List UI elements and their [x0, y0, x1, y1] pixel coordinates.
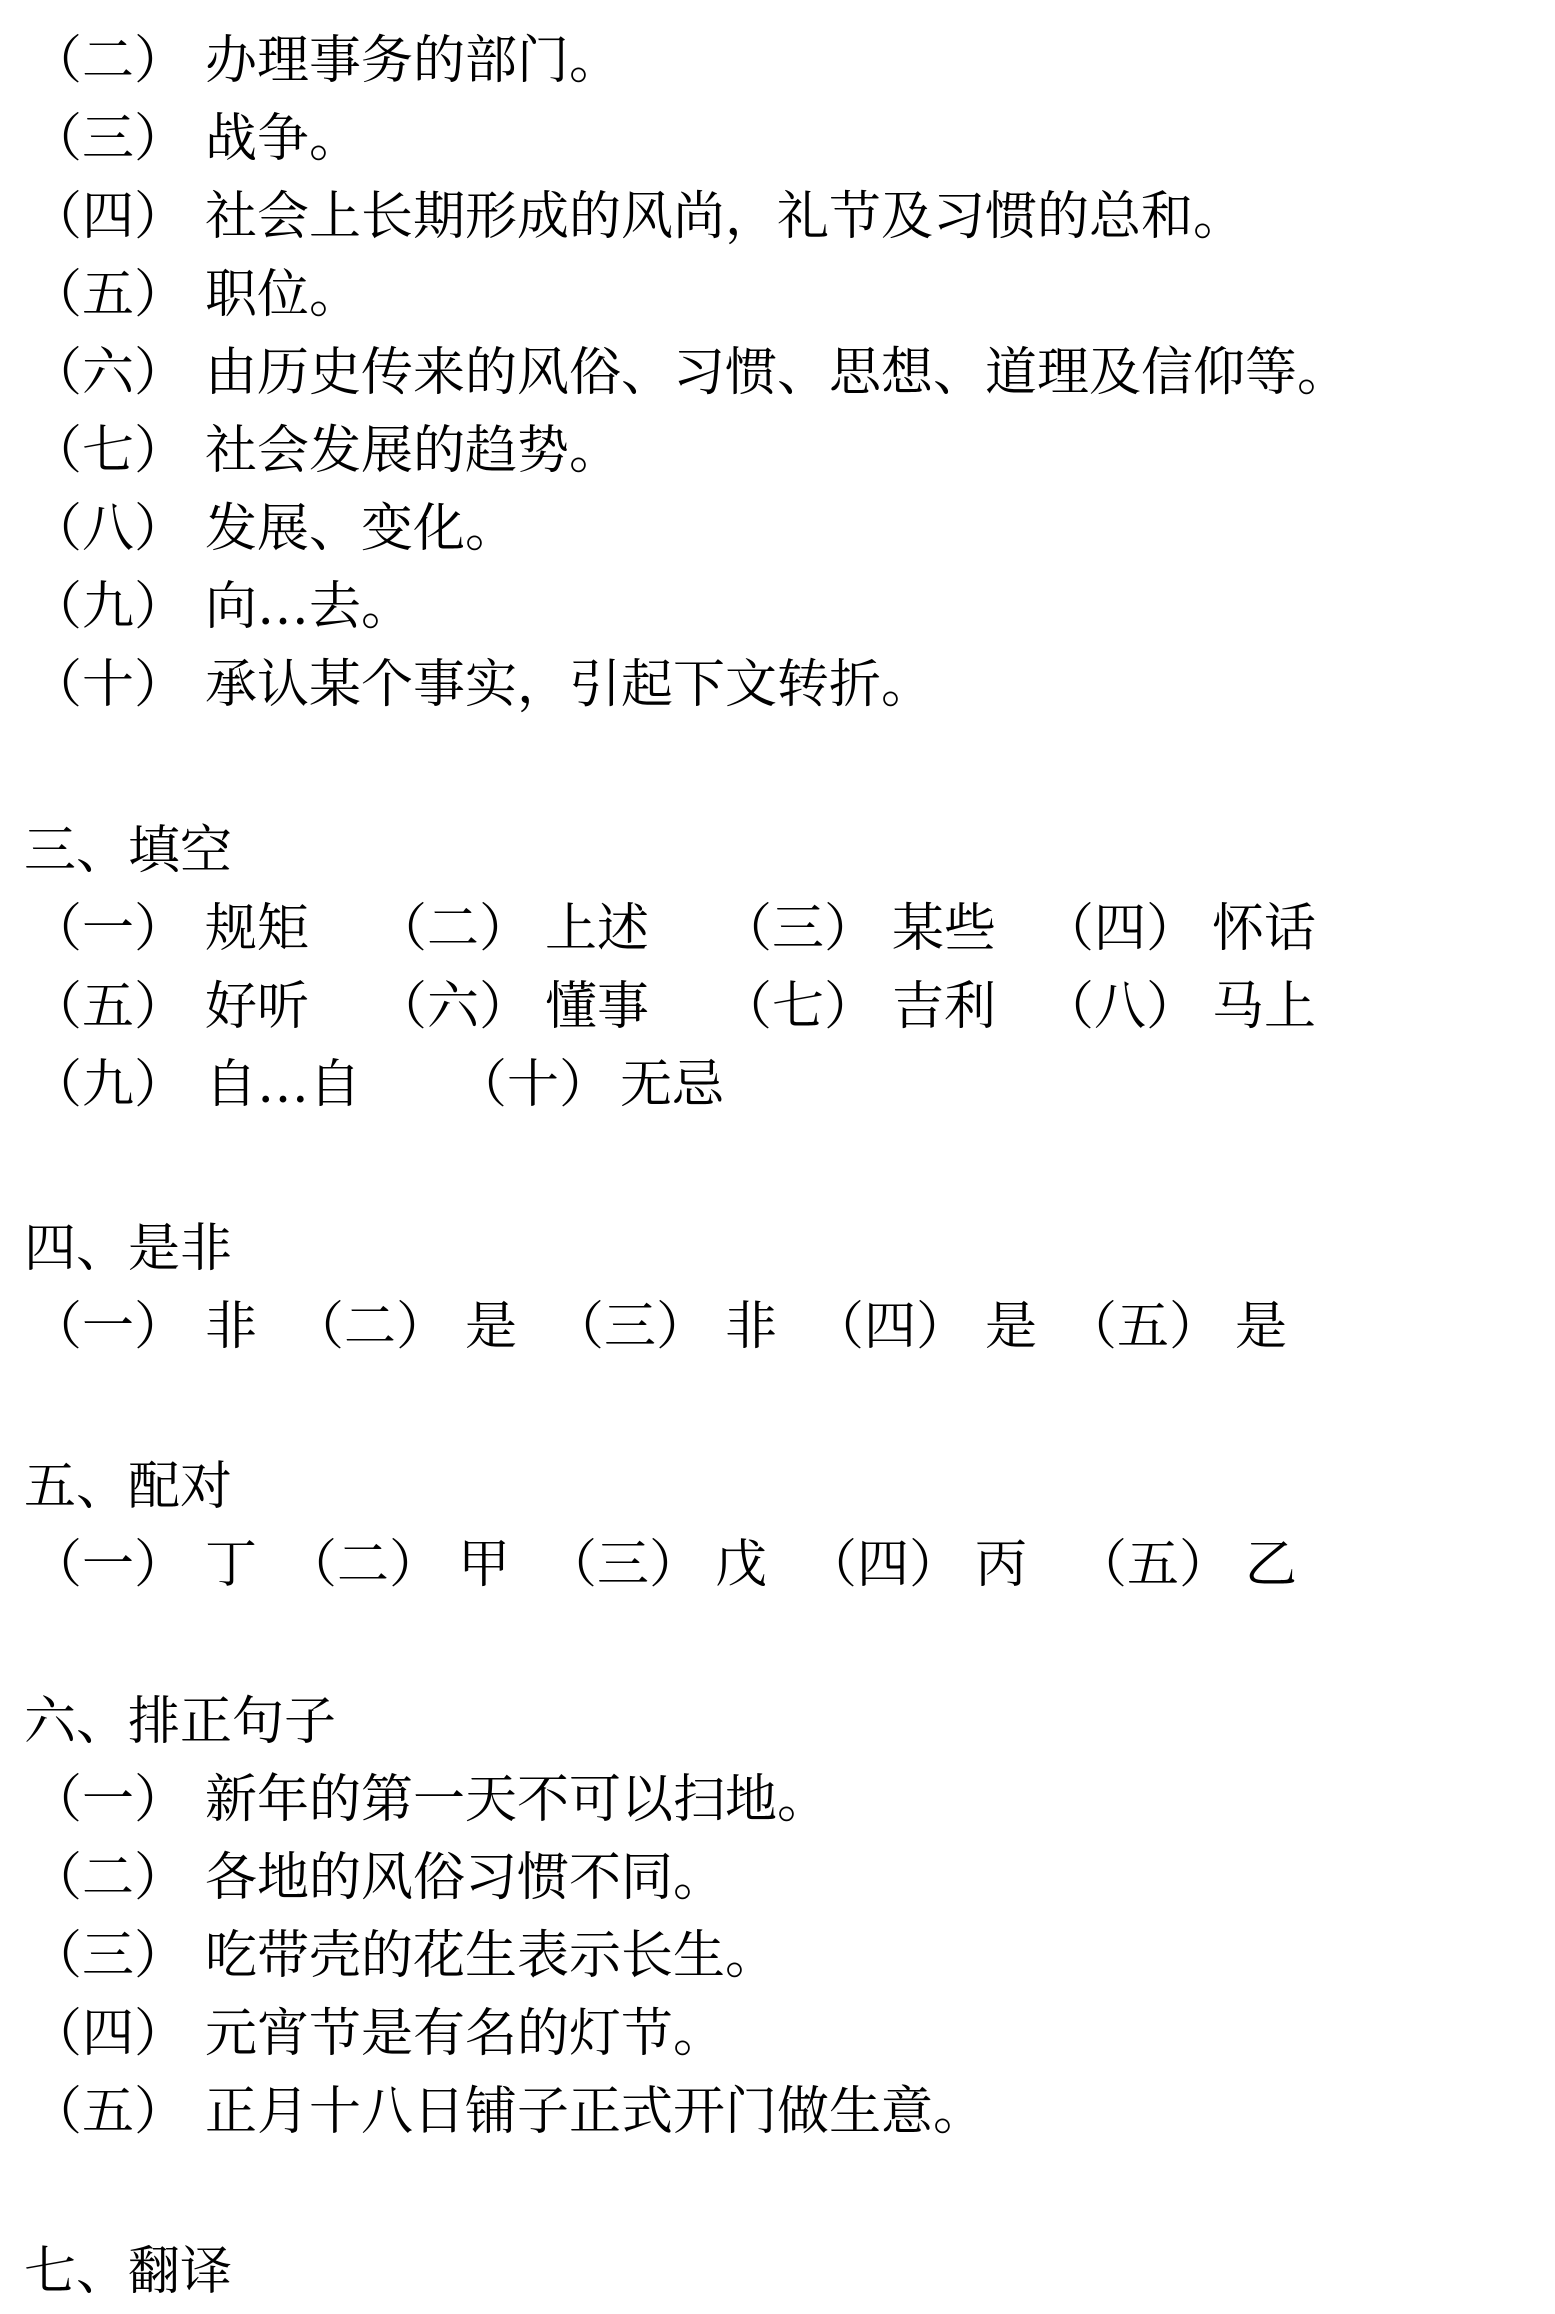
definition-item: （四） 社会上长期形成的风尚，礼节及习惯的总和。	[30, 178, 96, 256]
answer-label: （六）	[375, 968, 531, 1046]
answer-label: （二）	[375, 890, 531, 968]
answer-text: 是	[1235, 1288, 1287, 1366]
item-text: 职位。	[205, 256, 361, 334]
answer-text: 乙	[1245, 1526, 1297, 1604]
answer-text: 是	[465, 1288, 517, 1366]
answer-text: 马上	[1212, 968, 1316, 1046]
answer-text: 甲	[458, 1526, 510, 1604]
answer-row: （一） 丁 （二） 甲 （三） 戊 （四） 丙 （五） 乙	[30, 1526, 96, 1604]
answer-label: （三）	[552, 1288, 708, 1366]
section-heading: 六、排正句子	[24, 1683, 336, 1761]
answer-text: 好听	[205, 968, 309, 1046]
item-text: 战争。	[205, 100, 361, 178]
item-label: （十）	[30, 646, 186, 724]
answer-text: 自…自	[205, 1046, 361, 1124]
item-label: （四）	[30, 1995, 186, 2073]
sentence-item: （三） 吃带壳的花生表示长生。	[30, 1917, 96, 1995]
answer-row: （五） 好听 （六） 懂事 （七） 吉利 （八） 马上	[30, 968, 96, 1046]
section-heading: 五、配对	[24, 1448, 232, 1526]
item-label: （二）	[30, 22, 186, 100]
item-label: （四）	[30, 178, 186, 256]
answer-label: （一）	[30, 1526, 186, 1604]
definition-item: （二） 办理事务的部门。	[30, 22, 96, 100]
sentence-item: （四） 元宵节是有名的灯节。	[30, 1995, 96, 2073]
answer-text: 怀话	[1212, 890, 1316, 968]
definition-item: （七） 社会发展的趋势。	[30, 412, 96, 490]
answer-text: 非	[205, 1288, 257, 1366]
answer-label: （三）	[720, 890, 876, 968]
item-label: （一）	[30, 1761, 186, 1839]
definition-item: （三） 战争。	[30, 100, 96, 178]
sentence-item: （二） 各地的风俗习惯不同。	[30, 1839, 96, 1917]
answer-text: 规矩	[205, 890, 309, 968]
item-label: （五）	[30, 256, 186, 334]
answer-label: （七）	[720, 968, 876, 1046]
item-text: 各地的风俗习惯不同。	[205, 1839, 725, 1917]
answer-label: （十）	[455, 1046, 611, 1124]
answer-label: （五）	[30, 968, 186, 1046]
section-heading: 七、翻译	[24, 2233, 232, 2311]
answer-text: 是	[985, 1288, 1037, 1366]
item-label: （三）	[30, 1917, 186, 1995]
item-text: 办理事务的部门。	[205, 22, 621, 100]
item-text: 社会上长期形成的风尚，礼节及习惯的总和。	[205, 178, 1245, 256]
section-heading: 四、是非	[24, 1210, 232, 1288]
item-label: （六）	[30, 334, 186, 412]
item-label: （五）	[30, 2073, 186, 2151]
answer-label: （四）	[812, 1288, 968, 1366]
item-text: 新年的第一天不可以扫地。	[205, 1761, 829, 1839]
answer-label: （五）	[1075, 1526, 1231, 1604]
definition-item: （五） 职位。	[30, 256, 96, 334]
item-label: （三）	[30, 100, 186, 178]
answer-text: 丙	[975, 1526, 1027, 1604]
definition-item: （八） 发展、变化。	[30, 490, 96, 568]
answer-text: 懂事	[545, 968, 649, 1046]
sentence-item: （五） 正月十八日铺子正式开门做生意。	[30, 2073, 96, 2151]
item-text: 社会发展的趋势。	[205, 412, 621, 490]
item-text: 由历史传来的风俗、习惯、思想、道理及信仰等。	[205, 334, 1349, 412]
item-text: 正月十八日铺子正式开门做生意。	[205, 2073, 985, 2151]
section-heading: 三、填空	[24, 812, 232, 890]
answer-label: （二）	[292, 1288, 448, 1366]
item-label: （七）	[30, 412, 186, 490]
answer-text: 某些	[892, 890, 996, 968]
item-text: 吃带壳的花生表示长生。	[205, 1917, 777, 1995]
answer-text: 无忌	[620, 1046, 724, 1124]
answer-text: 非	[725, 1288, 777, 1366]
item-text: 承认某个事实，引起下文转折。	[205, 646, 933, 724]
answer-text: 吉利	[892, 968, 996, 1046]
definition-item: （六） 由历史传来的风俗、习惯、思想、道理及信仰等。	[30, 334, 96, 412]
answer-label: （八）	[1042, 968, 1198, 1046]
answer-row: （一） 非 （二） 是 （三） 非 （四） 是 （五） 是	[30, 1288, 96, 1366]
item-text: 向…去。	[205, 568, 413, 646]
answer-label: （九）	[30, 1046, 186, 1124]
answer-text: 上述	[545, 890, 649, 968]
sentence-item: （一） 新年的第一天不可以扫地。	[30, 1761, 96, 1839]
item-label: （二）	[30, 1839, 186, 1917]
answer-row: （九） 自…自 （十） 无忌	[30, 1046, 96, 1124]
answer-label: （五）	[1065, 1288, 1221, 1366]
definition-item: （十） 承认某个事实，引起下文转折。	[30, 646, 96, 724]
answer-label: （一）	[30, 1288, 186, 1366]
item-text: 发展、变化。	[205, 490, 517, 568]
answer-row: （一） 规矩 （二） 上述 （三） 某些 （四） 怀话	[30, 890, 96, 968]
answer-label: （一）	[30, 890, 186, 968]
item-label: （九）	[30, 568, 186, 646]
item-label: （八）	[30, 490, 186, 568]
item-text: 元宵节是有名的灯节。	[205, 1995, 725, 2073]
answer-label: （四）	[805, 1526, 961, 1604]
answer-label: （三）	[545, 1526, 701, 1604]
answer-label: （四）	[1042, 890, 1198, 968]
answer-label: （二）	[285, 1526, 441, 1604]
answer-text: 戊	[715, 1526, 767, 1604]
answer-text: 丁	[205, 1526, 257, 1604]
definition-item: （九） 向…去。	[30, 568, 96, 646]
